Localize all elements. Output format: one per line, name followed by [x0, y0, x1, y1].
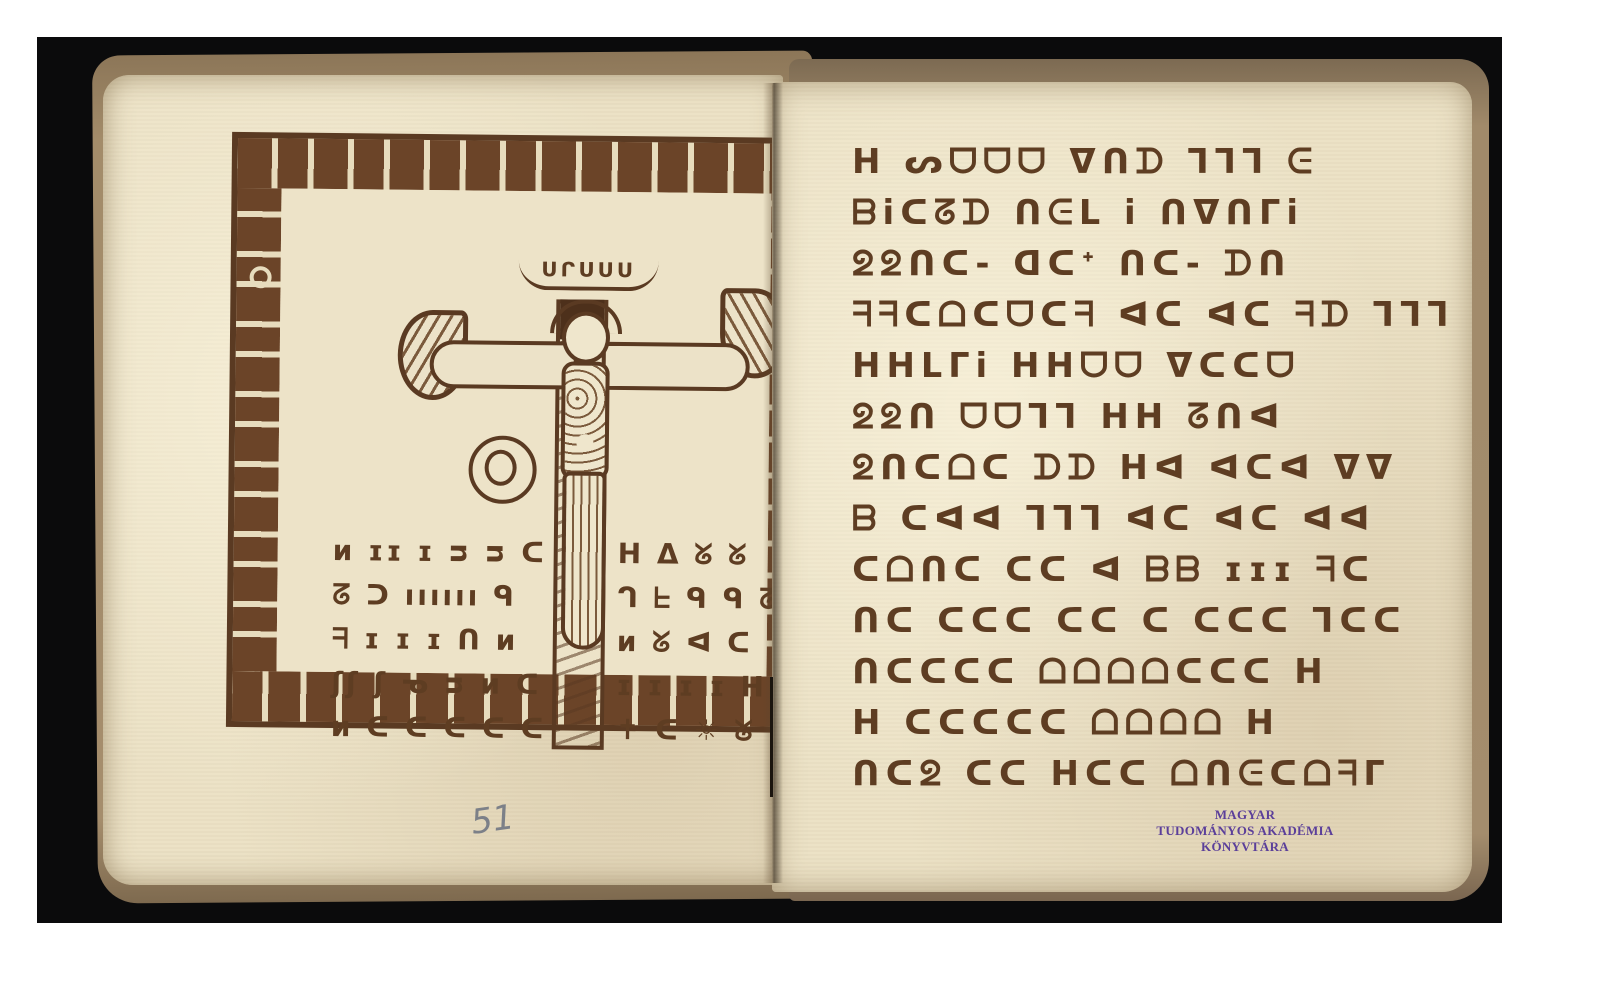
cipher-line: ᗷiᑕᘔᗪ ᑎᕮᒪ i ᑎᐁᑎᒥi [852, 188, 1455, 239]
stamp-line: TUDOMÁNYOS AKADÉMIA [1145, 823, 1345, 839]
right-page: ᕼ ᔕᗜᗜᗜ ᐁᑎᗪ ᒣᒣᒣ ᕮ ᗷiᑕᘔᗪ ᑎᕮᒪ i ᑎᐁᑎᒥi ᘖᘖᑎᑕ-… [772, 82, 1472, 892]
cipher-line: ʃʃ ʃ ᓀ ᴝ ᴎ ᑕ [331, 661, 547, 707]
manuscript-photo: ᑎ ᐁ ᑕ ᑕ ᒣᒣᒣ ᐁ ᑕ ᑌᒋᑌᑌᑌ ᴎ ɪɪ ɪ [37, 37, 1502, 923]
cipher-line: ᑎᑕᘖ ᑕᑕ ᕼᑕᑕ ᗝᑎᕮᑕᗝᖷᒥ [852, 749, 1455, 800]
arm-right [601, 342, 749, 392]
figure-torso [561, 361, 610, 479]
figure-legs [561, 471, 607, 649]
ring-ornament [249, 266, 271, 288]
left-page: ᑎ ᐁ ᑕ ᑕ ᒣᒣᒣ ᐁ ᑕ ᑌᒋᑌᑌᑌ ᴎ ɪɪ ɪ [103, 75, 783, 885]
titulus-inscription: ᑌᒋᑌᑌᑌ [518, 256, 658, 291]
frame-band-top [238, 138, 816, 194]
cipher-line: ᖷᖷᑕᗝᑕᗜᑕᖷ ᐊᑕ ᐊᑕ ᖷᗪ ᒣᒣᒣ [852, 290, 1455, 341]
cipher-column-right: ᕼ ᐃ ᘜ ᘜ ᒉ ᖶ ᑫ ᑫ ᘔ ᴎ ᘜ ᐊ ᑕ ɪ ɪ ɪ ɪ ᕼ ✝ ᑕ … [616, 532, 781, 754]
cipher-line: ✝ ᑕ ☼ ᘜ [616, 708, 780, 754]
cipher-line: ᘔ ᑐ ıııııı ᑫ [332, 573, 548, 619]
stamp-line: MAGYAR [1145, 807, 1345, 823]
frame-band-left [232, 188, 281, 671]
illustration-frame: ᑌᒋᑌᑌᑌ ᴎ ɪɪ ɪ ᴝ ᴝ ᑕ ᘔ ᑐ ıııııı ᑫ ᖷ ɪ ɪ ɪ … [226, 132, 822, 733]
cipher-line: ᕼ ᔕᗜᗜᗜ ᐁᑎᗪ ᒣᒣᒣ ᕮ [852, 137, 1455, 188]
cipher-line: ᘖᑎᑕᗝᑕ ᗪᗪ ᕼᐊ ᐊᑕᐊ ᐁᐁ [852, 443, 1455, 494]
illustration-field: ᑌᒋᑌᑌᑌ ᴎ ɪɪ ɪ ᴝ ᴝ ᑕ ᘔ ᑐ ıııııı ᑫ ᖷ ɪ ɪ ɪ … [276, 188, 771, 676]
cipher-line: ᑎᑕ ᑕᑕᑕ ᑕᑕ ᑕ ᑕᑕᑕ ᒣᑕᑕ [852, 596, 1455, 647]
cipher-column-left: ᴎ ɪɪ ɪ ᴝ ᴝ ᑕ ᘔ ᑐ ıııııı ᑫ ᖷ ɪ ɪ ɪ ᑎ ᴎ ʃʃ… [331, 529, 549, 751]
cipher-line: ᘖᘖᑎ ᗜᗜᒣᒣ ᕼᕼ ᘔᑎᐊ [852, 392, 1455, 443]
cipher-line: ᒉ ᖶ ᑫ ᑫ ᘔ [617, 576, 781, 622]
stamp-line: KÖNYVTÁRA [1145, 839, 1345, 855]
cipher-line: ᕼᕼᒪᒥi ᕼᕼᗜᗜ ᐁᑕᑕᗜ [852, 341, 1455, 392]
folio-number: 51 [468, 797, 516, 843]
cipher-line: ᘖᘖᑎᑕ- ᗡᑕᐩ ᑎᑕ- ᗪᑎ [852, 239, 1455, 290]
cipher-line: ᕼ ᐃ ᘜ ᘜ [618, 532, 782, 578]
library-stamp: MAGYAR TUDOMÁNYOS AKADÉMIA KÖNYVTÁRA [1145, 807, 1345, 855]
cipher-text-block: ᕼ ᔕᗜᗜᗜ ᐁᑎᗪ ᒣᒣᒣ ᕮ ᗷiᑕᘔᗪ ᑎᕮᒪ i ᑎᐁᑎᒥi ᘖᘖᑎᑕ-… [852, 137, 1455, 800]
cipher-line: ᗷ ᑕᐊᐊ ᒣᒣᒣ ᐊᑕ ᐊᑕ ᐊᐊ [852, 494, 1455, 545]
arm-left [429, 340, 577, 390]
cipher-line: ᑎᑕᑕᑕᑕ ᗝᗝᗝᗝᑕᑕᑕ ᕼ [852, 647, 1455, 698]
cipher-line: ᴎ ɪɪ ɪ ᴝ ᴝ ᑕ [333, 529, 549, 575]
cipher-line: ᑕᗝᑎᑕ ᑕᑕ ᐊ ᗷᗷ ɪɪɪ ᖷᑕ [852, 545, 1455, 596]
book-gutter [763, 83, 783, 883]
cipher-line: ᴎ ᘜ ᐊ ᑕ [617, 620, 781, 666]
cipher-line: ᖷ ɪ ɪ ɪ ᑎ ᴎ [332, 617, 548, 663]
binding-stitch [770, 677, 773, 797]
cipher-line: ᴎ ᑕ ᑕ ᑕ ᑕ ᑕ [331, 705, 547, 751]
cipher-line: ɪ ɪ ɪ ɪ ᕼ [616, 664, 780, 710]
cipher-line: ᕼ ᑕᑕᑕᑕᑕ ᗝᗝᗝᗝ ᕼ [852, 698, 1455, 749]
spiral-ornament [468, 435, 537, 504]
